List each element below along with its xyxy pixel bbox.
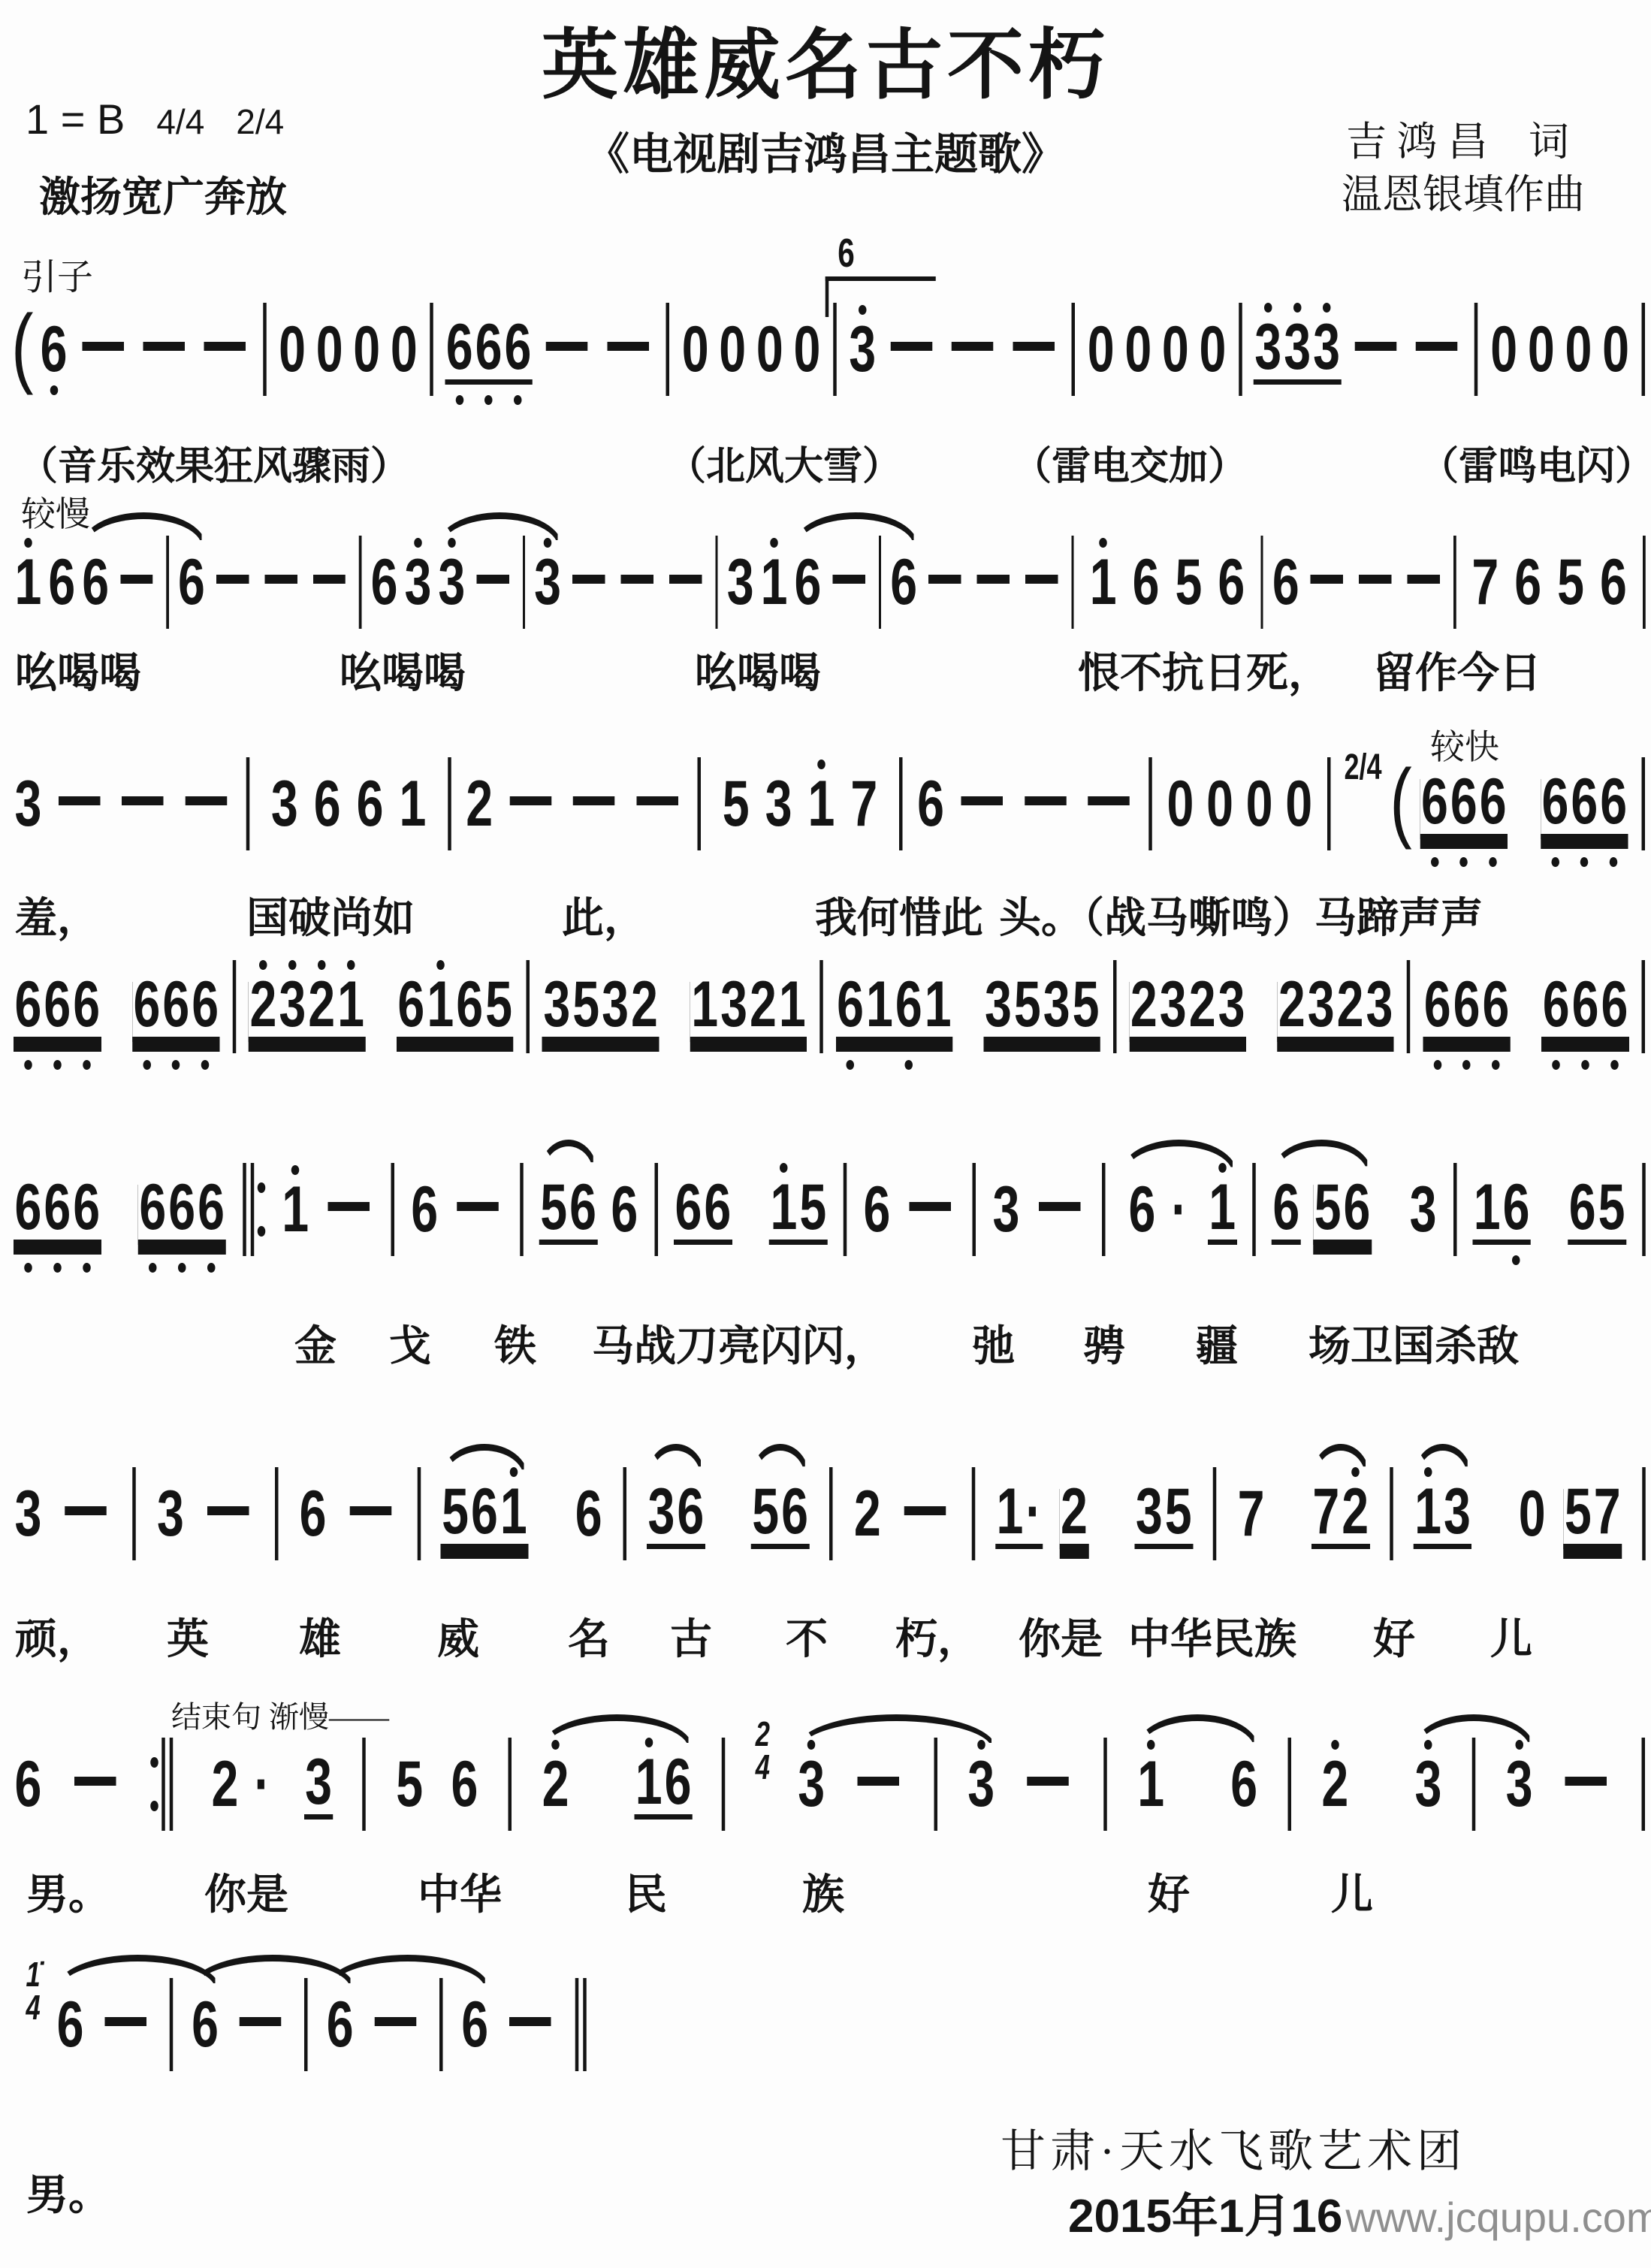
barline <box>1327 757 1331 850</box>
note-digit: 2 <box>1189 972 1216 1037</box>
barline <box>1390 1467 1393 1560</box>
duration-dash <box>891 342 933 351</box>
lyric-segment: 国破尚如 <box>246 885 415 945</box>
note-group: 6 <box>1230 1752 1259 1817</box>
note-digit: 6 <box>192 972 219 1037</box>
note-digit: 7 <box>1312 1479 1339 1544</box>
tie-arc <box>1272 1140 1372 1174</box>
duration-dash <box>1355 342 1397 351</box>
barline <box>1642 960 1646 1053</box>
note-group: 666 <box>1541 972 1629 1042</box>
duration-dash <box>1407 575 1439 584</box>
note-group: 1 <box>1208 1175 1237 1245</box>
note-group: 6 <box>81 550 110 615</box>
note-group: 6 <box>460 1992 490 2057</box>
note-digit: 3 <box>727 550 754 615</box>
lyric-segment: （音乐效果狂风骤雨） <box>19 434 409 491</box>
lyric-segment: 羞， <box>15 885 99 945</box>
note-digit: 6 <box>15 1752 42 1817</box>
barline <box>1642 303 1646 396</box>
duration-dash <box>952 342 994 351</box>
note-group: 3 <box>403 550 433 615</box>
note-digit: 6 <box>134 972 161 1037</box>
note-digit: 6 <box>917 772 944 836</box>
note-digit: 6 <box>139 1175 166 1240</box>
note-group: 0 <box>1086 317 1115 382</box>
duration-dash <box>65 1506 107 1515</box>
note-digit: 0 <box>1519 1481 1546 1546</box>
barline <box>715 536 718 629</box>
note-group: 6 <box>610 1177 639 1242</box>
barline <box>1213 1467 1217 1560</box>
note-digit: 6 <box>1272 1175 1299 1240</box>
lyric-segment: 场卫国杀敌 <box>1308 1313 1519 1373</box>
barline <box>655 1163 659 1256</box>
barline <box>1474 303 1478 396</box>
note-digit: 3 <box>720 972 747 1037</box>
tie-arc <box>541 1714 693 1749</box>
barline <box>972 1467 976 1560</box>
duration-dash <box>620 575 653 584</box>
note-digit: 6 <box>675 1175 702 1240</box>
music-line: 1̇46666 <box>23 1946 593 2103</box>
note-digit: 6 <box>504 315 531 379</box>
note-group: 36 <box>647 1479 705 1549</box>
note-group: 0 <box>755 317 784 382</box>
note-group: 6 <box>410 1177 439 1242</box>
barline <box>132 1467 136 1560</box>
duration-dash <box>1025 575 1058 584</box>
duration-dash <box>904 1506 946 1515</box>
music-line: 666666165666615636·165631665 <box>11 1131 1651 1288</box>
composer-credit: 温恩银填作曲 <box>1342 162 1585 220</box>
note-digit: 3 <box>534 550 561 615</box>
lyric-segment: 儿 <box>1490 1606 1532 1666</box>
note-group: 2· <box>204 1752 278 1817</box>
lyric-segment: 铁 <box>494 1313 536 1373</box>
note-digit: 3 <box>543 972 570 1037</box>
duration-dash <box>961 796 1004 805</box>
note-digit: 3 <box>648 1479 675 1544</box>
duration-dash <box>669 575 702 584</box>
duration-dash <box>858 1777 900 1786</box>
note-group: 16 <box>1472 1175 1531 1245</box>
lyric-segment: 威 <box>437 1606 479 1666</box>
note-digit: 6 <box>371 550 398 615</box>
note-digit: 5 <box>1176 550 1203 615</box>
lyric-segment: 名 <box>568 1606 610 1666</box>
note-digit: 6 <box>451 1752 478 1817</box>
barline <box>430 303 433 396</box>
barline <box>1288 1738 1292 1831</box>
note-group: 6 <box>574 1481 603 1546</box>
duration-dash <box>1311 575 1343 584</box>
barline <box>1453 1163 1457 1256</box>
note-digit: 5 <box>799 1175 826 1240</box>
note-digit: 6 <box>1482 972 1509 1037</box>
note-group: 6 <box>1271 550 1300 615</box>
note-digit: 3 <box>1308 972 1335 1037</box>
note-digit: 1 <box>779 972 806 1037</box>
barline <box>844 1163 847 1256</box>
lyricist-credit: 吉 鸿 昌 词 <box>1346 110 1569 168</box>
note-group: 0 <box>1124 317 1153 382</box>
note-group: 666 <box>1541 769 1628 839</box>
note-digit: 3 <box>967 1752 995 1817</box>
lyric-segment: 中华民族 <box>1128 1606 1296 1666</box>
note-group: 56 <box>1313 1175 1372 1245</box>
note-group: 36 <box>848 317 877 382</box>
barline <box>448 757 451 850</box>
barline <box>1239 303 1242 396</box>
ensemble-credit: 甘肃·天水飞歌艺术团 <box>1001 2115 1466 2180</box>
duration-dash <box>82 342 124 351</box>
barline <box>391 1163 394 1256</box>
note-digit: 6 <box>1230 1752 1257 1817</box>
note-digit: 6 <box>1129 1177 1156 1242</box>
note-digit: 1 <box>400 772 427 836</box>
note-group: 0 <box>1601 317 1631 382</box>
note-digit: 5 <box>572 972 599 1037</box>
note-group: 666 <box>14 1175 101 1245</box>
barline <box>439 1978 443 2071</box>
tie-arc <box>1414 1714 1535 1749</box>
note-digit: 1 <box>1090 550 1117 615</box>
note-digit: 6 <box>57 1992 84 2057</box>
note-group: 13 <box>1414 1479 1472 1549</box>
note-group: 0 <box>1166 772 1195 836</box>
lyric-segment: 疆 <box>1196 1313 1238 1373</box>
note-digit: 1 <box>925 972 952 1037</box>
repeat-end-barline <box>149 1738 176 1831</box>
barline <box>829 1467 833 1560</box>
lyric-segment: 吆喝喝 <box>15 640 141 700</box>
tie-arc <box>1121 1140 1237 1174</box>
note-group: 6 <box>793 550 822 615</box>
note-group: 6 <box>325 1992 355 2057</box>
barline <box>1103 1738 1107 1831</box>
note-digit: 2 <box>1337 972 1364 1037</box>
lyric-segment: 顽， <box>15 1606 99 1666</box>
note-digit: 2 <box>308 972 335 1037</box>
barline <box>899 757 903 850</box>
note-group: 6165 <box>397 972 514 1042</box>
duration-dash <box>185 796 227 805</box>
lyric-segment: 好 <box>1373 1606 1415 1666</box>
barline <box>362 1738 366 1831</box>
note-group: 6 <box>56 1992 85 2057</box>
barline <box>973 1163 976 1256</box>
duration-dash <box>328 1202 370 1211</box>
note-digit: 0 <box>1246 772 1273 836</box>
lyric-segment: 中华 <box>418 1862 502 1922</box>
note-digit: 0 <box>353 317 380 382</box>
barline <box>417 1467 421 1560</box>
note-digit: 2 <box>1321 1752 1348 1817</box>
note-group: 35 <box>1134 1479 1193 1549</box>
note-digit: 6 <box>611 1177 638 1242</box>
note-digit: 0 <box>1602 317 1629 382</box>
note-digit: 6 <box>677 1479 704 1544</box>
note-digit: 7 <box>850 772 877 836</box>
note-digit: 2 <box>211 1752 238 1817</box>
duration-dash <box>572 575 605 584</box>
lyric-segment: 英 <box>167 1606 209 1666</box>
barline <box>275 1467 279 1560</box>
duration-dash <box>1025 796 1067 805</box>
note-group: 2 <box>1320 1752 1350 1817</box>
note-digit: 0 <box>316 317 343 382</box>
note-digit: 5 <box>442 1479 469 1544</box>
footer-date-row: 2015年1月16www.jcqupu.com <box>1068 2179 1651 2245</box>
barline <box>246 757 250 850</box>
note-group: 666 <box>445 315 533 385</box>
note-group: 0 <box>1206 772 1235 836</box>
note-digit: 3 <box>1043 972 1070 1037</box>
time-signature: 1̇4 <box>26 1958 41 2024</box>
duration-dash <box>240 2017 282 2026</box>
note-group: 6161 <box>836 972 953 1042</box>
note-digit: 2 <box>750 972 777 1037</box>
note-digit: 6 <box>162 972 189 1037</box>
note-digit: 6 <box>73 972 100 1037</box>
lyric-segment: 头。（战马嘶鸣）马蹄声声 <box>999 885 1483 945</box>
note-group: 1321 <box>690 972 807 1042</box>
lyric-segment: 恨不抗日死， <box>1078 640 1330 700</box>
note-group: 3 <box>726 550 755 615</box>
note-digit: 6 <box>1572 972 1599 1037</box>
note-digit: 1 <box>337 972 364 1037</box>
note-digit: 6 <box>1218 550 1245 615</box>
note-digit: 0 <box>793 317 820 382</box>
music-line: (6000066600003600003330000 <box>11 270 1651 428</box>
barline <box>304 1978 308 2071</box>
duration-dash <box>832 575 865 584</box>
duration-dash <box>546 342 588 351</box>
duration-dash <box>59 796 101 805</box>
note-group: 1 <box>281 1177 310 1242</box>
barline <box>722 1738 726 1831</box>
barline <box>359 536 362 629</box>
note-digit: 6 <box>44 972 71 1037</box>
duration-dash <box>350 1506 392 1515</box>
duration-dash <box>636 796 678 805</box>
duration-dash <box>977 575 1010 584</box>
note-digit: 3 <box>1410 1177 1437 1242</box>
note-digit: 0 <box>756 317 783 382</box>
lyric-segment: 你是 <box>204 1862 288 1922</box>
music-line: 62·356216243316233 <box>11 1705 1651 1863</box>
duration-dash <box>928 575 961 584</box>
lyric-segment: 你是 <box>1019 1606 1103 1666</box>
note-digit: 6 <box>15 1175 42 1240</box>
barline <box>523 536 526 629</box>
note-group: 0 <box>1198 317 1227 382</box>
watermark-url: www.jcqupu.com <box>1345 2194 1651 2241</box>
note-digit: 6 <box>864 1177 891 1242</box>
note-digit: 3 <box>1160 972 1187 1037</box>
note-digit: 6 <box>895 972 922 1037</box>
note-digit: 0 <box>1528 317 1555 382</box>
note-digit: 1 <box>1474 1175 1501 1240</box>
duration-dash <box>509 2017 551 2026</box>
note-digit: 0 <box>1285 772 1312 836</box>
duration-dash <box>607 342 649 351</box>
note-digit: 6 <box>446 315 473 379</box>
note-digit: 1 <box>15 550 42 615</box>
note-digit: 3 <box>305 1750 332 1814</box>
note-group: 2321 <box>249 972 366 1042</box>
note-group: 7 <box>1236 1481 1266 1546</box>
lyric-segment: 戈 <box>389 1313 431 1373</box>
note-digit: 2 <box>542 1752 569 1817</box>
note-group: 0 <box>315 317 344 382</box>
note-group: 66 <box>674 1175 732 1245</box>
duration-dash <box>1013 342 1055 351</box>
note-digit: 0 <box>279 317 306 382</box>
note-group: 72 <box>1311 1479 1370 1549</box>
barline <box>263 303 267 396</box>
sheet-music-page: 英雄威名古不朽 1 = B4/42/4 《电视剧吉鸿昌主题歌》 吉 鸿 昌 词 … <box>0 0 1651 2268</box>
lyric-segment: 马战刀亮闪闪， <box>592 1313 886 1373</box>
note-group: 0 <box>718 317 747 382</box>
note-digit: 0 <box>719 317 746 382</box>
note-digit: 3 <box>15 772 42 836</box>
note-digit: 3 <box>404 550 431 615</box>
note-group: 0 <box>352 317 382 382</box>
barline <box>170 1978 174 2071</box>
note-group: 666 <box>132 972 220 1042</box>
lyric-segment: 吆喝喝 <box>695 640 821 700</box>
note-digit: 6 <box>1601 972 1628 1037</box>
duration-dash <box>573 796 615 805</box>
duration-dash <box>313 575 346 584</box>
note-group: 5 <box>395 1752 424 1817</box>
date: 2015年1月16 <box>1068 2191 1342 2242</box>
duration-dash <box>457 1202 500 1211</box>
note-group: 2 <box>853 1481 882 1546</box>
barline <box>1642 757 1646 850</box>
note-group: 0 <box>1245 772 1274 836</box>
tie-arc <box>441 1444 529 1478</box>
lyric-segment: 金 <box>294 1313 337 1373</box>
note-group: 2 <box>541 1752 570 1817</box>
note-group: 6 <box>39 317 68 382</box>
note-group: 666 <box>14 972 101 1042</box>
duration-dash <box>1039 1202 1081 1211</box>
lyric-segment: 男。 <box>26 1862 110 1922</box>
note-digit: · <box>254 1752 270 1817</box>
note-group: 0 <box>681 317 710 382</box>
note-digit: 5 <box>540 1175 567 1240</box>
note-group: 6 <box>14 1752 43 1817</box>
note-group: 0 <box>792 317 822 382</box>
barline <box>509 1738 512 1831</box>
barline <box>697 757 701 850</box>
note-digit: 3 <box>1414 1752 1441 1817</box>
note-digit: 1 <box>1209 1175 1236 1240</box>
note-group: 6 <box>177 550 207 615</box>
note-digit: 5 <box>1014 972 1041 1037</box>
note-group: 15 <box>769 1175 828 1245</box>
note-group: 2323 <box>1129 972 1246 1042</box>
tie-arc <box>437 512 563 547</box>
note-digit: 6 <box>1133 550 1160 615</box>
note-digit: 6 <box>411 1177 438 1242</box>
note-group: 0 <box>278 317 307 382</box>
note-group: 2 <box>1060 1479 1089 1549</box>
barline <box>666 303 669 396</box>
note-digit: 0 <box>1162 317 1189 382</box>
barline <box>623 1467 627 1560</box>
duration-dash <box>1565 1777 1607 1786</box>
note-group: 3 <box>14 772 43 836</box>
note-digit: 6 <box>198 1175 225 1240</box>
note-group: 0 <box>1284 772 1314 836</box>
lyric-segment: 民 <box>625 1862 667 1922</box>
barline <box>1071 536 1074 629</box>
lyric-segment: 吆喝喝 <box>340 640 466 700</box>
barline <box>1642 1467 1646 1560</box>
note-group: 0 <box>1564 317 1593 382</box>
note-digit: 6 <box>475 315 503 379</box>
duration-dash <box>204 342 246 351</box>
note-digit: 1 <box>427 972 454 1037</box>
duration-dash <box>216 575 249 584</box>
lyric-segment: 族 <box>802 1862 844 1922</box>
note-digit: 2 <box>1130 972 1158 1037</box>
barline <box>1260 536 1263 629</box>
barline <box>1113 960 1117 1053</box>
note-digit: · <box>1025 1479 1041 1544</box>
note-group: 56 <box>539 1175 598 1245</box>
note-digit: 6 <box>704 1175 731 1240</box>
note-digit: 3 <box>279 972 306 1037</box>
note-digit: 5 <box>1565 1479 1592 1544</box>
note-digit: 1 <box>282 1177 309 1242</box>
note-group: 6 <box>862 1177 892 1242</box>
barline <box>526 960 530 1053</box>
note-digit: 6 <box>178 550 205 615</box>
note-digit: 3 <box>1284 315 1311 379</box>
note-digit: 6 <box>357 772 384 836</box>
note-digit: 6 <box>1600 550 1627 615</box>
note-digit: 3 <box>157 1481 184 1546</box>
barline <box>1148 757 1152 850</box>
barline <box>1642 1738 1646 1831</box>
duration-dash <box>104 2017 146 2026</box>
note-digit: 6 <box>781 1479 808 1544</box>
bracket-marking: 6 <box>825 276 936 317</box>
duration-dash <box>122 796 164 805</box>
note-digit: 3 <box>1254 315 1281 379</box>
note-digit: 6 <box>1569 1175 1596 1240</box>
barline <box>1407 960 1411 1053</box>
note-digit: 5 <box>1165 1479 1192 1544</box>
note-group: 16 <box>634 1750 693 1820</box>
note-digit: 1 <box>761 550 788 615</box>
duration-dash <box>264 575 297 584</box>
note-group: 6 <box>298 1481 327 1546</box>
lyric-segment: （雷电交加） <box>1013 434 1247 491</box>
note-digit: 6 <box>168 1175 195 1240</box>
tie-arc <box>1311 1444 1370 1478</box>
note-group: 2323 <box>1277 972 1394 1042</box>
note-digit: 6 <box>192 1992 219 2057</box>
note-group: 3 <box>1408 1177 1438 1242</box>
note-group: 57 <box>1563 1479 1622 1549</box>
lyric-segment: （北风大雪） <box>667 434 901 491</box>
